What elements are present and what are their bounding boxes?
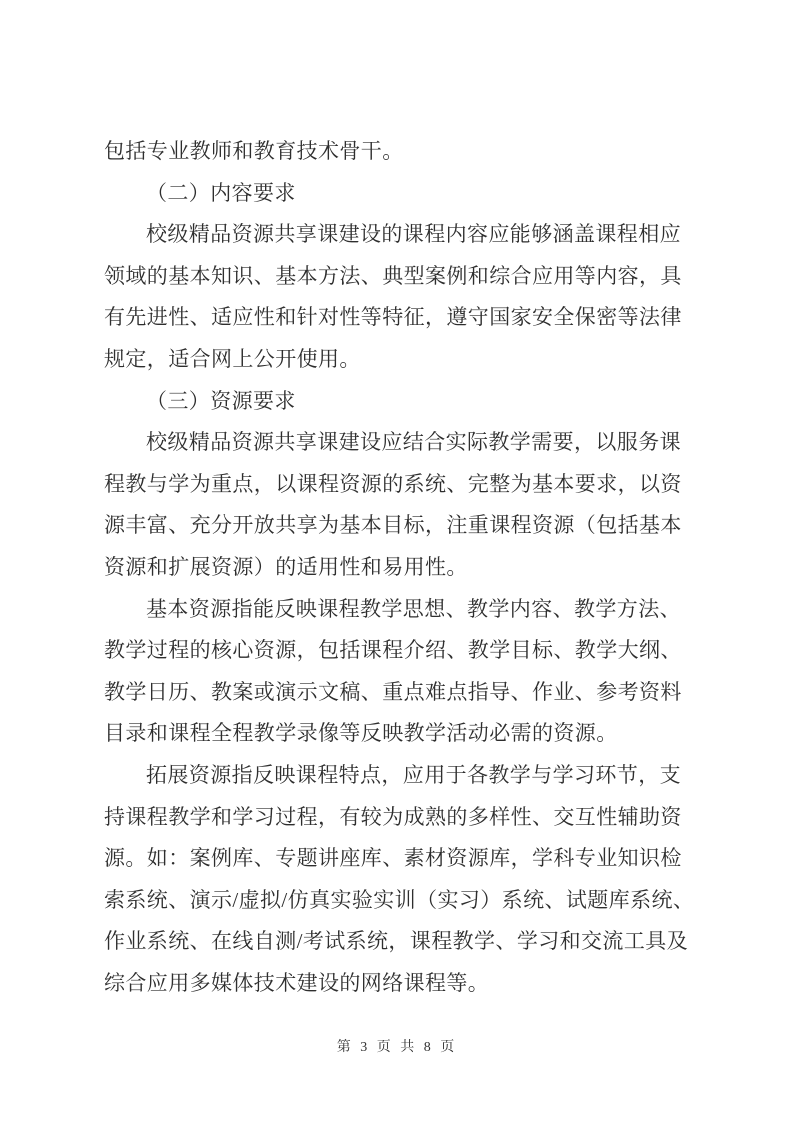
paragraph-basic-resources: 基本资源指能反映课程教学思想、教学内容、教学方法、 教学过程的核心资源，包括课程… [104,589,692,755]
text-line: 教学日历、教案或演示文稿、重点难点指导、作业、参考资料 [104,672,692,714]
text-line: 索系统、演示/虚拟/仿真实验实训（实习）系统、试题库系统、 [104,880,692,922]
document-page: 包括专业教师和教育技术骨干。 （二）内容要求 校级精品资源共享课建设的课程内容应… [0,0,794,1123]
document-body: 包括专业教师和教育技术骨干。 （二）内容要求 校级精品资源共享课建设的课程内容应… [104,131,692,1004]
paragraph-extended-resources: 拓展资源指反映课程特点，应用于各教学与学习环节，支 持课程教学和学习过程，有较为… [104,755,692,1005]
heading-line: （二）内容要求 [104,173,692,215]
text-line: 程教与学为重点，以课程资源的系统、完整为基本要求，以资 [104,464,692,506]
page-number-footer: 第 3 页 共 8 页 [0,1036,794,1060]
text-line: 持课程教学和学习过程，有较为成熟的多样性、交互性辅助资 [104,797,692,839]
text-line: 拓展资源指反映课程特点，应用于各教学与学习环节，支 [104,755,692,797]
text-line: 校级精品资源共享课建设应结合实际教学需要，以服务课 [104,422,692,464]
text-line: 作业系统、在线自测/考试系统，课程教学、学习和交流工具及 [104,921,692,963]
text-line: 基本资源指能反映课程教学思想、教学内容、教学方法、 [104,589,692,631]
heading-line: （三）资源要求 [104,381,692,423]
paragraph-continuation: 包括专业教师和教育技术骨干。 [104,131,692,173]
text-line: 领域的基本知识、基本方法、典型案例和综合应用等内容，具 [104,256,692,298]
text-line: 校级精品资源共享课建设的课程内容应能够涵盖课程相应 [104,214,692,256]
text-line: 有先进性、适应性和针对性等特征，遵守国家安全保密等法律 [104,297,692,339]
paragraph-resource-requirements: 校级精品资源共享课建设应结合实际教学需要，以服务课 程教与学为重点，以课程资源的… [104,422,692,588]
section-heading-2: （二）内容要求 [104,173,692,215]
text-line: 源。如：案例库、专题讲座库、素材资源库，学科专业知识检 [104,838,692,880]
text-line: 教学过程的核心资源，包括课程介绍、教学目标、教学大纲、 [104,630,692,672]
text-line: 综合应用多媒体技术建设的网络课程等。 [104,963,692,1005]
text-line: 规定，适合网上公开使用。 [104,339,692,381]
section-heading-3: （三）资源要求 [104,381,692,423]
text-line: 源丰富、充分开放共享为基本目标，注重课程资源（包括基本 [104,505,692,547]
paragraph-content-requirements: 校级精品资源共享课建设的课程内容应能够涵盖课程相应 领域的基本知识、基本方法、典… [104,214,692,380]
text-line: 目录和课程全程教学录像等反映教学活动必需的资源。 [104,713,692,755]
text-line: 资源和扩展资源）的适用性和易用性。 [104,547,692,589]
text-line: 包括专业教师和教育技术骨干。 [104,131,692,173]
